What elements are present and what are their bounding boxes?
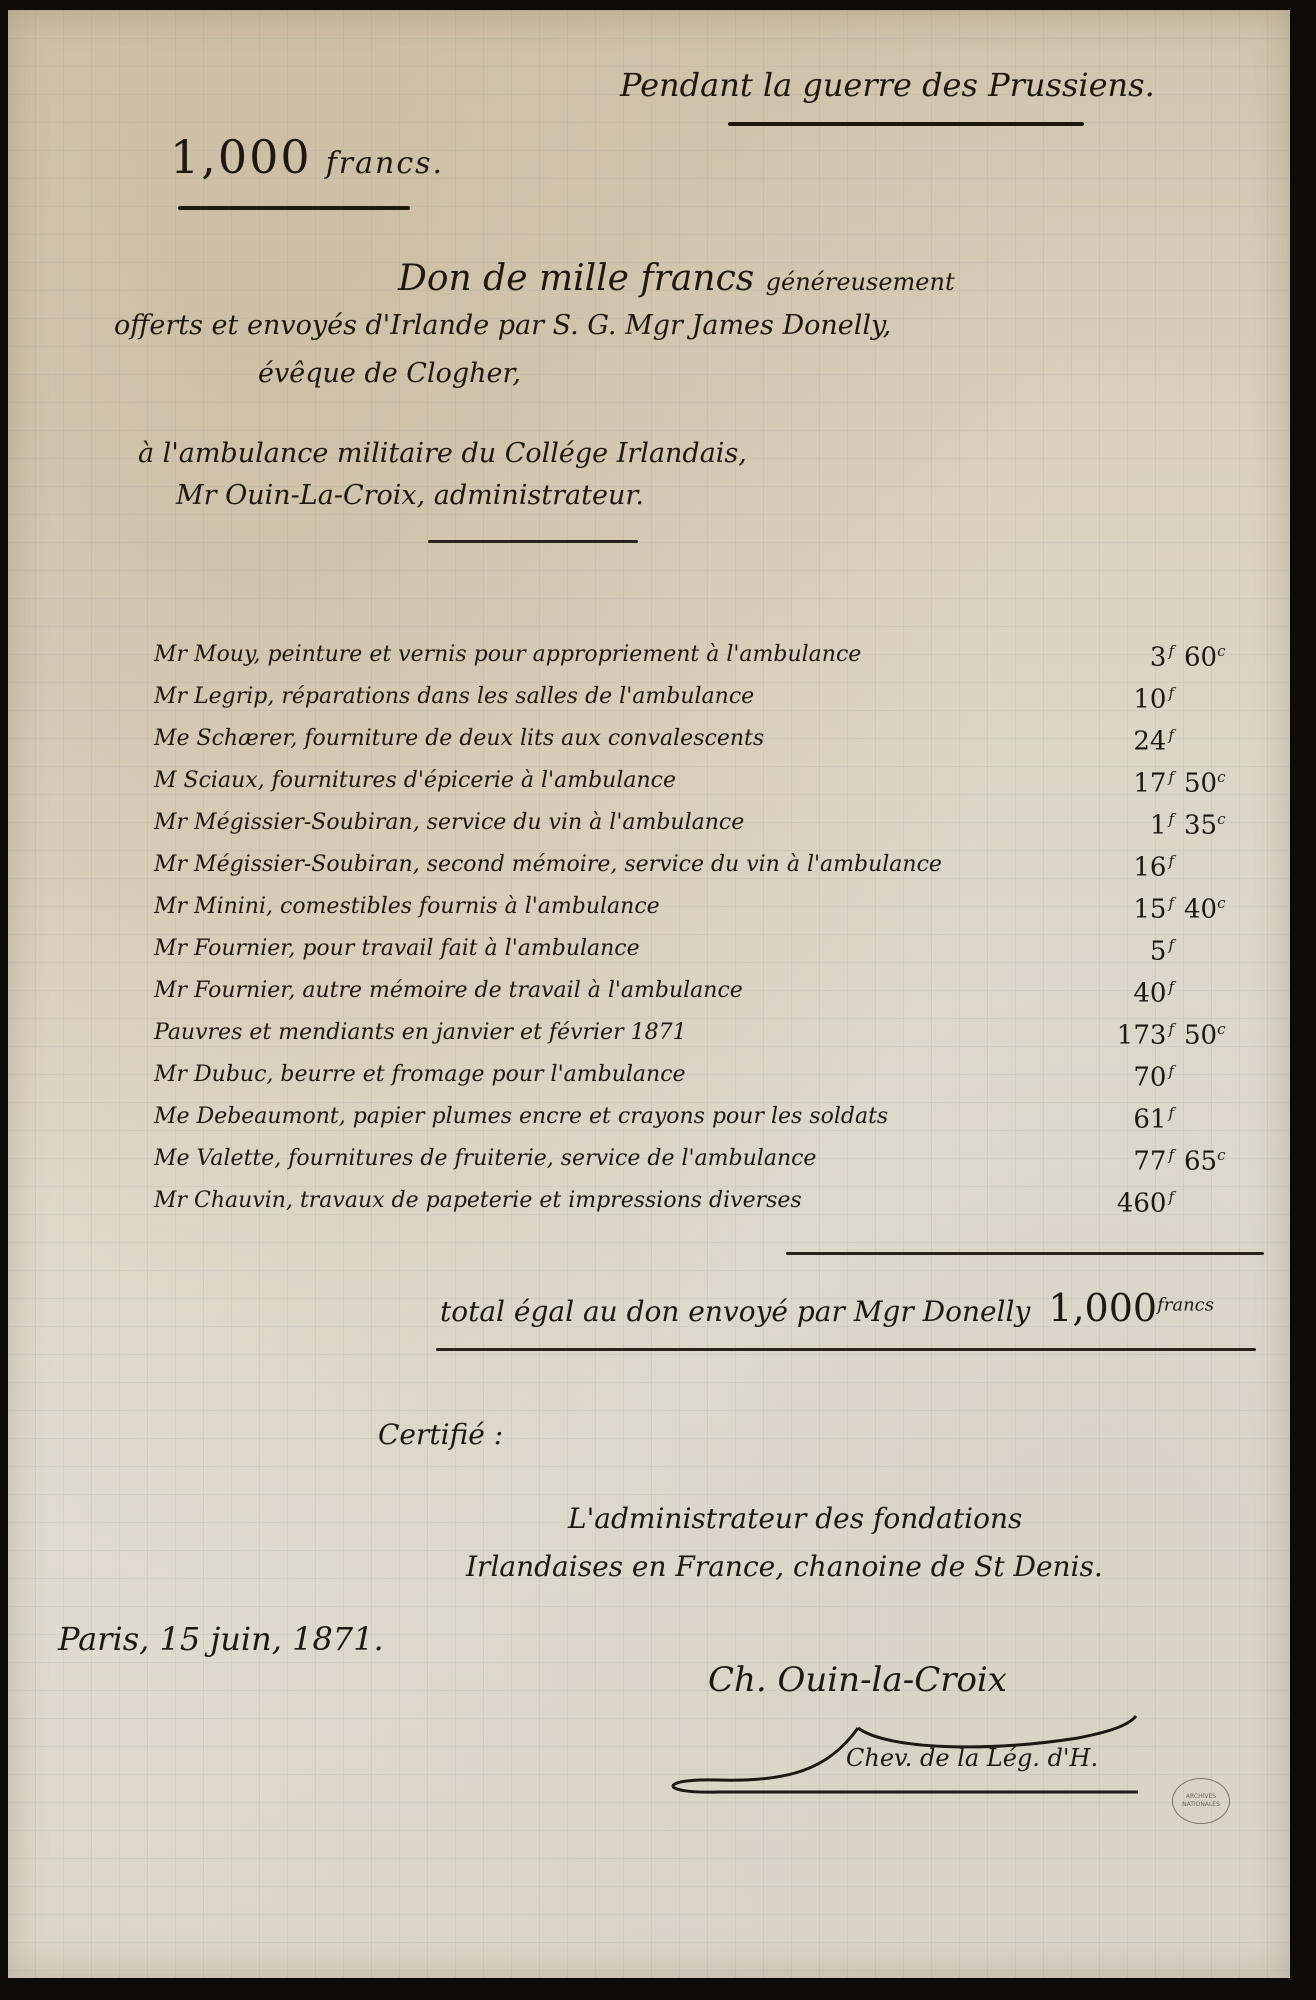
intro-line-5: Mr Ouin-La-Croix, administrateur.	[176, 480, 644, 511]
intro-line-1-main: Don de mille francs	[398, 258, 754, 299]
ledger-francs: 5f	[1054, 936, 1174, 967]
ledger-centimes: 50c	[1184, 768, 1274, 799]
ledger-description: Mr Minini, comestibles fournis à l'ambul…	[154, 894, 660, 919]
archive-stamp: ARCHIVES NATIONALES	[1172, 1778, 1230, 1824]
ledger-description: Mr Legrip, réparations dans les salles d…	[154, 684, 754, 709]
ledger-description: Mr Chauvin, travaux de papeterie et impr…	[154, 1188, 802, 1213]
ledger-description: Mr Mouy, peinture et vernis pour appropr…	[154, 642, 861, 667]
ledger-row: Mr Dubuc, beurre et fromage pour l'ambul…	[154, 1062, 1294, 1104]
ledger-description: M Sciaux, fournitures d'épicerie à l'amb…	[154, 768, 676, 793]
intro-line-1-tail: généreusement	[766, 268, 955, 296]
ledger-row: Mr Mégissier-Soubiran, second mémoire, s…	[154, 852, 1294, 894]
ledger-description: Mr Fournier, autre mémoire de travail à …	[154, 978, 743, 1003]
ledger-francs: 40f	[1054, 978, 1174, 1009]
ledger-francs: 460f	[1054, 1188, 1174, 1219]
ledger-row: Mr Mégissier-Soubiran, service du vin à …	[154, 810, 1294, 852]
ledger-francs: 17f	[1054, 768, 1174, 799]
total-amount: 1,000	[1048, 1286, 1157, 1330]
manuscript-page: Pendant la guerre des Prussiens. 1,000fr…	[8, 10, 1290, 1978]
ledger-sum-rule	[786, 1252, 1264, 1255]
ledger-francs: 1f	[1054, 810, 1174, 841]
stamp-line-1: ARCHIVES	[1186, 1793, 1216, 1801]
ledger-row: Mr Fournier, pour travail fait à l'ambul…	[154, 936, 1294, 978]
certified-label: Certifié :	[378, 1418, 503, 1451]
ledger-row: Mr Fournier, autre mémoire de travail à …	[154, 978, 1294, 1020]
ledger-row: Mr Chauvin, travaux de papeterie et impr…	[154, 1188, 1294, 1230]
ledger-description: Pauvres et mendiants en janvier et févri…	[154, 1020, 687, 1045]
ledger-description: Mr Mégissier-Soubiran, second mémoire, s…	[154, 852, 942, 877]
certifier-line-1: L'administrateur des fondations	[568, 1502, 1022, 1535]
amount-title: 1,000francs.	[170, 130, 444, 184]
stamp-line-2: NATIONALES	[1182, 1801, 1220, 1809]
ledger-centimes: 35c	[1184, 810, 1274, 841]
ledger-francs: 70f	[1054, 1062, 1174, 1093]
ledger-description: Me Schærer, fourniture de deux lits aux …	[154, 726, 764, 751]
intro-separator	[428, 540, 638, 543]
ledger-centimes: 40c	[1184, 894, 1274, 925]
ledger-description: Mr Fournier, pour travail fait à l'ambul…	[154, 936, 640, 961]
signature-title: Chev. de la Lég. d'H.	[846, 1744, 1098, 1772]
certifier-line-2: Irlandaises en France, chanoine de St De…	[466, 1550, 1103, 1583]
ledger-francs: 3f	[1054, 642, 1174, 673]
ledger-row: Mr Mouy, peinture et vernis pour appropr…	[154, 642, 1294, 684]
ledger-francs: 61f	[1054, 1104, 1174, 1135]
ledger-row: Pauvres et mendiants en janvier et févri…	[154, 1020, 1294, 1062]
intro-line-2: offerts et envoyés d'Irlande par S. G. M…	[114, 310, 891, 341]
total-unit: francs	[1157, 1295, 1214, 1316]
ledger-description: Me Valette, fournitures de fruiterie, se…	[154, 1146, 816, 1171]
expense-ledger: Mr Mouy, peinture et vernis pour appropr…	[154, 642, 1294, 1230]
ledger-row: Mr Legrip, réparations dans les salles d…	[154, 684, 1294, 726]
ledger-row: M Sciaux, fournitures d'épicerie à l'amb…	[154, 768, 1294, 810]
intro-line-3: évêque de Clogher,	[258, 358, 521, 389]
place-date: Paris, 15 juin, 1871.	[58, 1620, 384, 1658]
ledger-centimes: 50c	[1184, 1020, 1274, 1051]
intro-line-1: Don de mille francs généreusement	[398, 258, 955, 299]
signature: Ch. Ouin-la-Croix	[708, 1660, 1007, 1700]
ledger-centimes: 65c	[1184, 1146, 1274, 1177]
amount-title-value: 1,000	[170, 130, 312, 184]
total-underline	[436, 1348, 1256, 1351]
intro-line-4: à l'ambulance militaire du Collége Irlan…	[138, 438, 747, 469]
ledger-francs: 16f	[1054, 852, 1174, 883]
ledger-centimes: 60c	[1184, 642, 1274, 673]
ledger-francs: 77f	[1054, 1146, 1174, 1177]
ledger-description: Mr Mégissier-Soubiran, service du vin à …	[154, 810, 744, 835]
total-line: total égal au don envoyé par Mgr Donelly…	[440, 1286, 1214, 1330]
amount-underline	[178, 206, 410, 210]
heading-underline	[728, 122, 1084, 126]
ledger-francs: 15f	[1054, 894, 1174, 925]
ledger-row: Me Schærer, fourniture de deux lits aux …	[154, 726, 1294, 768]
ledger-francs: 10f	[1054, 684, 1174, 715]
ledger-description: Mr Dubuc, beurre et fromage pour l'ambul…	[154, 1062, 686, 1087]
ledger-francs: 173f	[1054, 1020, 1174, 1051]
ledger-description: Me Debeaumont, papier plumes encre et cr…	[154, 1104, 888, 1129]
total-label: total égal au don envoyé par Mgr Donelly	[440, 1295, 1030, 1328]
ledger-row: Mr Minini, comestibles fournis à l'ambul…	[154, 894, 1294, 936]
heading-war: Pendant la guerre des Prussiens.	[620, 66, 1155, 104]
ledger-row: Me Debeaumont, papier plumes encre et cr…	[154, 1104, 1294, 1146]
ledger-row: Me Valette, fournitures de fruiterie, se…	[154, 1146, 1294, 1188]
ledger-francs: 24f	[1054, 726, 1174, 757]
amount-title-unit: francs.	[326, 146, 444, 181]
